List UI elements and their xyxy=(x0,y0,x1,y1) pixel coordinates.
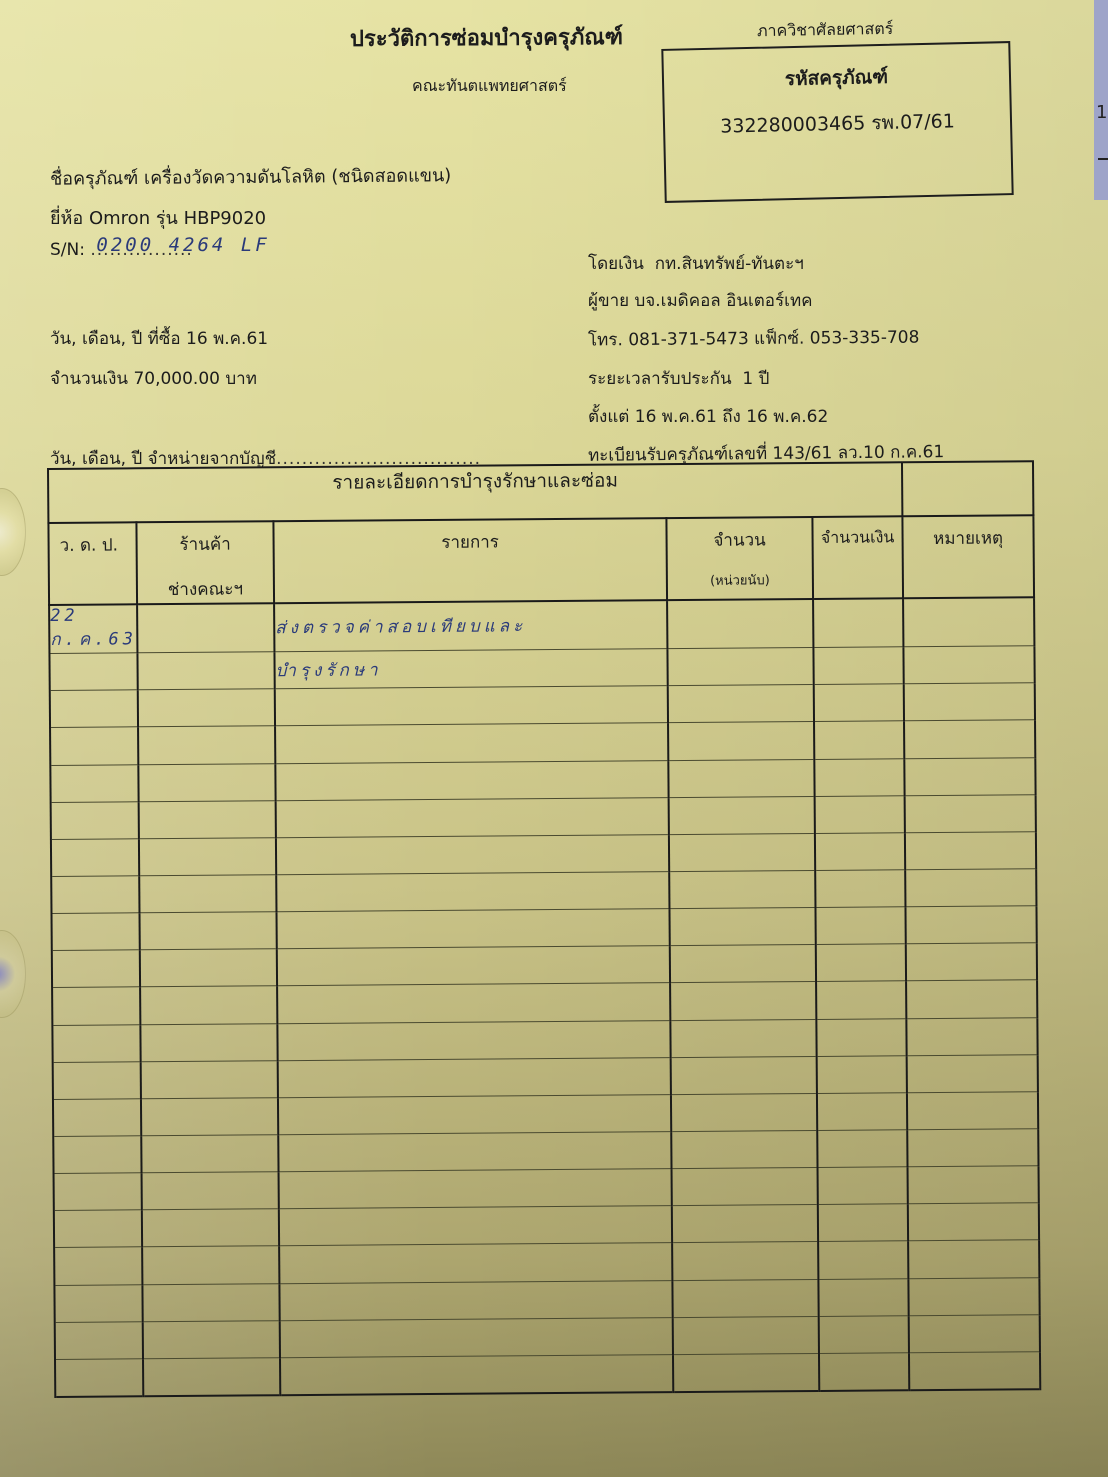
col-quantity-cell[interactable] xyxy=(671,1056,817,1094)
col-item-cell[interactable] xyxy=(279,1280,672,1320)
col-remarks-cell[interactable] xyxy=(904,683,1035,721)
col-amount-cell[interactable] xyxy=(813,598,903,647)
col-shop-cell[interactable] xyxy=(139,838,276,876)
col-remarks-cell[interactable] xyxy=(909,1314,1040,1352)
col-shop-cell[interactable] xyxy=(139,800,276,838)
col-remarks-cell[interactable] xyxy=(904,720,1035,758)
col-date-cell[interactable] xyxy=(53,1136,141,1174)
col-amount-cell[interactable] xyxy=(816,944,906,982)
col-remarks-header: หมายเหตุ xyxy=(902,515,1034,598)
col-quantity-cell[interactable] xyxy=(672,1242,818,1280)
table-row xyxy=(55,1352,1040,1397)
column-header-label: จำนวนเงิน xyxy=(813,525,901,551)
margin-dash xyxy=(1098,158,1108,160)
col-item-cell[interactable] xyxy=(279,1169,672,1209)
amount-line: จำนวนเงิน 70,000.00 บาท xyxy=(50,365,257,392)
equipment-name-line: ชื่อครุภัณฑ์ เครื่องวัดความดันโลหิต (ชนิ… xyxy=(50,160,452,193)
brand-value: Omron xyxy=(89,208,150,229)
col-quantity-cell[interactable] xyxy=(669,833,815,871)
col-item-cell[interactable]: บำรุงรักษา xyxy=(274,649,667,689)
col-amount-cell[interactable] xyxy=(813,647,903,685)
col-quantity-cell[interactable] xyxy=(673,1353,819,1392)
col-shop-cell[interactable] xyxy=(142,1209,279,1247)
col-remarks-cell[interactable] xyxy=(908,1277,1039,1315)
col-date-cell[interactable] xyxy=(50,764,138,802)
col-remarks-cell[interactable] xyxy=(909,1352,1040,1391)
phone-label: โทร. xyxy=(588,330,623,350)
col-remarks-cell[interactable] xyxy=(906,943,1037,981)
col-shop-cell[interactable] xyxy=(137,652,274,690)
col-remarks-cell[interactable] xyxy=(906,980,1037,1018)
col-shop-cell[interactable] xyxy=(141,1135,278,1173)
maintenance-table: รายละเอียดการบำรุงรักษาและซ่อม ว. ด. ป.ร… xyxy=(47,460,1041,1398)
col-remarks-cell[interactable] xyxy=(905,906,1036,944)
col-remarks-cell[interactable] xyxy=(904,757,1035,795)
col-item-cell[interactable] xyxy=(276,835,669,875)
warranty-from: 16 พ.ค.61 xyxy=(635,407,717,427)
col-quantity-cell[interactable] xyxy=(668,685,814,723)
col-quantity-cell[interactable] xyxy=(668,759,814,797)
col-remarks-cell[interactable] xyxy=(908,1203,1039,1241)
col-date-cell[interactable] xyxy=(51,876,139,914)
col-date-cell[interactable] xyxy=(55,1321,143,1359)
col-quantity-cell[interactable] xyxy=(669,870,815,908)
col-quantity-cell[interactable] xyxy=(673,1316,819,1354)
col-shop-cell[interactable] xyxy=(141,1060,278,1098)
col-remarks-cell[interactable] xyxy=(908,1166,1039,1204)
col-amount-cell[interactable] xyxy=(815,907,905,945)
col-remarks-cell[interactable] xyxy=(906,1017,1037,1055)
col-amount-cell[interactable] xyxy=(815,833,905,871)
faculty-name: คณะทันตแพทยศาสตร์ xyxy=(412,74,567,99)
col-item-cell[interactable] xyxy=(275,723,668,763)
purchase-date-line: วัน, เดือน, ปี ที่ซื้อ 16 พ.ค.61 xyxy=(50,325,268,352)
col-date-header: ว. ด. ป. xyxy=(48,522,137,605)
document-title: ประวัติการซ่อมบำรุงครุภัณฑ์ xyxy=(350,19,623,56)
amount-label: จำนวนเงิน xyxy=(50,369,128,389)
equipment-code-label: รหัสครุภัณฑ์ xyxy=(664,59,1010,97)
funding-source: กท.สินทรัพย์-ทันตะฯ xyxy=(655,254,804,274)
fax-value: 053-335-708 xyxy=(810,328,920,349)
column-header-sublabel: ช่างคณะฯ xyxy=(138,575,273,603)
serial-handwritten: 0200 4264 LF xyxy=(96,234,269,256)
warranty-value: 1 ปี xyxy=(742,369,769,389)
col-quantity-cell[interactable] xyxy=(672,1168,818,1206)
table-row: 22 ก.ค.63ส่งตรวจค่าสอบเทียบและ xyxy=(49,597,1034,653)
col-date-cell[interactable] xyxy=(54,1210,142,1248)
col-shop-cell[interactable] xyxy=(143,1358,280,1397)
col-shop-cell[interactable] xyxy=(141,1098,278,1136)
col-date-cell[interactable] xyxy=(52,950,140,988)
col-remarks-cell[interactable] xyxy=(907,1054,1038,1092)
brand-model-line: ยี่ห้อ Omron รุ่น HBP9020 xyxy=(50,203,266,232)
col-amount-cell[interactable] xyxy=(814,758,904,796)
column-header-label: ว. ด. ป. xyxy=(60,531,136,559)
col-item-cell[interactable] xyxy=(278,1094,671,1134)
column-header-label: รายการ xyxy=(274,527,665,557)
col-quantity-cell[interactable] xyxy=(672,1205,818,1243)
col-shop-cell[interactable] xyxy=(138,763,275,801)
col-remarks-cell[interactable] xyxy=(907,1129,1038,1167)
col-date-cell[interactable] xyxy=(51,839,139,877)
col-amount-cell[interactable] xyxy=(818,1204,908,1242)
col-shop-cell[interactable] xyxy=(138,726,275,764)
col-amount-cell[interactable] xyxy=(816,1018,906,1056)
col-amount-cell[interactable] xyxy=(817,1130,907,1168)
equipment-code-value: 332280003465 รพ.07/61 xyxy=(665,105,1011,143)
warranty-period-line: ตั้งแต่ 16 พ.ค.61 ถึง 16 พ.ค.62 xyxy=(588,403,828,430)
col-quantity-cell[interactable] xyxy=(672,1279,818,1317)
col-date-cell[interactable] xyxy=(54,1173,142,1211)
col-date-cell[interactable] xyxy=(54,1284,142,1322)
col-date-cell[interactable] xyxy=(51,802,139,840)
model-value: HBP9020 xyxy=(184,208,267,229)
col-date-cell[interactable] xyxy=(53,1062,141,1100)
col-remarks-cell[interactable] xyxy=(905,869,1036,907)
col-item-cell[interactable] xyxy=(280,1317,673,1357)
col-date-cell[interactable] xyxy=(50,690,138,728)
adjacent-page-edge: 1 xyxy=(1094,0,1108,200)
col-item-header: รายการ xyxy=(273,518,667,603)
col-quantity-cell[interactable] xyxy=(670,945,816,983)
col-item-cell[interactable]: ส่งตรวจค่าสอบเทียบและ xyxy=(274,600,667,652)
col-remarks-cell[interactable] xyxy=(903,646,1034,684)
col-quantity-cell[interactable] xyxy=(671,1093,817,1131)
binder-hole xyxy=(0,930,26,1018)
col-date-cell[interactable] xyxy=(53,1099,141,1137)
phone-value: 081-371-5473 xyxy=(628,329,749,350)
warranty-line: ระยะเวลารับประกัน 1 ปี xyxy=(588,365,769,392)
col-date-cell[interactable] xyxy=(52,1024,140,1062)
col-quantity-cell[interactable] xyxy=(667,648,813,686)
equipment-name: เครื่องวัดความดันโลหิต (ชนิดสอดแขน) xyxy=(144,165,451,189)
col-amount-cell[interactable] xyxy=(815,796,905,834)
col-amount-cell[interactable] xyxy=(818,1167,908,1205)
col-shop-cell[interactable] xyxy=(142,1246,279,1284)
col-item-cell[interactable] xyxy=(278,1057,671,1097)
col-item-cell[interactable] xyxy=(276,909,669,949)
seller-line: ผู้ขาย บจ.เมดิคอล อินเตอร์เทค xyxy=(588,287,813,314)
col-remarks-cell[interactable] xyxy=(905,832,1036,870)
table-title: รายละเอียดการบำรุงรักษาและซ่อม xyxy=(48,462,902,523)
seller-label: ผู้ขาย xyxy=(588,291,629,311)
col-date-cell[interactable] xyxy=(52,987,140,1025)
col-date-cell[interactable] xyxy=(54,1247,142,1285)
col-amount-cell[interactable] xyxy=(815,870,905,908)
equipment-name-label: ชื่อครุภัณฑ์ xyxy=(50,168,138,190)
col-shop-cell[interactable] xyxy=(138,689,275,727)
warranty-to-label: ถึง xyxy=(722,407,741,427)
funding-line: โดยเงิน กท.สินทรัพย์-ทันตะฯ xyxy=(588,250,804,277)
col-quantity-cell[interactable] xyxy=(670,982,816,1020)
col-remarks-cell[interactable] xyxy=(907,1092,1038,1130)
department-name: ภาควิชาศัลยศาสตร์ xyxy=(757,17,894,44)
col-amount-header: จำนวนเงิน xyxy=(812,516,903,599)
warranty-to: 16 พ.ค.62 xyxy=(746,407,828,427)
col-item-cell[interactable] xyxy=(275,686,668,726)
equipment-code-box: รหัสครุภัณฑ์ 332280003465 รพ.07/61 xyxy=(661,41,1013,203)
col-item-cell[interactable] xyxy=(279,1243,672,1283)
serial-label: S/N: xyxy=(50,240,85,260)
col-date-cell[interactable] xyxy=(50,727,138,765)
col-remarks-cell[interactable] xyxy=(903,597,1034,647)
warranty-from-label: ตั้งแต่ xyxy=(588,407,629,427)
col-date-cell[interactable] xyxy=(49,653,137,691)
col-amount-cell[interactable] xyxy=(819,1315,909,1353)
model-label: รุ่น xyxy=(156,208,178,229)
col-item-cell[interactable] xyxy=(275,760,668,800)
funding-label: โดยเงิน xyxy=(588,254,644,274)
currency: บาท xyxy=(225,369,257,389)
col-remarks-cell[interactable] xyxy=(905,794,1036,832)
brand-label: ยี่ห้อ xyxy=(50,208,83,229)
col-quantity-cell[interactable] xyxy=(669,796,815,834)
col-amount-cell[interactable] xyxy=(814,684,904,722)
col-amount-cell[interactable] xyxy=(819,1353,909,1391)
column-header-label: หมายเหตุ xyxy=(903,524,1032,552)
col-shop-cell[interactable] xyxy=(140,949,277,987)
margin-note: 1 xyxy=(1096,102,1107,123)
table-title-blank xyxy=(902,461,1033,516)
purchase-date-label: วัน, เดือน, ปี ที่ซื้อ xyxy=(50,329,181,349)
col-quantity-cell[interactable] xyxy=(667,599,813,649)
col-item-cell[interactable] xyxy=(277,1020,670,1060)
col-quantity-cell[interactable] xyxy=(671,1130,817,1168)
col-quantity-cell[interactable] xyxy=(670,1019,816,1057)
col-item-cell[interactable] xyxy=(276,872,669,912)
col-amount-cell[interactable] xyxy=(818,1241,908,1279)
col-amount-cell[interactable] xyxy=(814,721,904,759)
col-amount-cell[interactable] xyxy=(818,1278,908,1316)
column-header-sublabel: (หน่วยนับ) xyxy=(668,569,812,591)
col-shop-cell[interactable] xyxy=(137,603,274,653)
col-quantity-header: จำนวน(หน่วยนับ) xyxy=(666,517,813,600)
col-quantity-cell[interactable] xyxy=(669,908,815,946)
column-header-label: จำนวน xyxy=(667,526,811,554)
col-shop-header: ร้านค้าช่างคณะฯ xyxy=(136,521,274,604)
warranty-label: ระยะเวลารับประกัน xyxy=(588,369,732,389)
col-shop-cell[interactable] xyxy=(139,875,276,913)
col-item-cell[interactable] xyxy=(278,1132,671,1172)
col-date-cell[interactable]: 22 ก.ค.63 xyxy=(49,604,137,653)
col-item-cell[interactable] xyxy=(276,797,669,837)
col-item-cell[interactable] xyxy=(277,983,670,1023)
fax-label: แฟ็กซ์. xyxy=(754,329,804,349)
col-item-cell[interactable] xyxy=(277,946,670,986)
col-shop-cell[interactable] xyxy=(143,1320,280,1358)
col-shop-cell[interactable] xyxy=(139,912,276,950)
amount-value: 70,000.00 xyxy=(133,369,220,389)
purchase-date: 16 พ.ค.61 xyxy=(186,329,268,349)
col-shop-cell[interactable] xyxy=(142,1283,279,1321)
col-amount-cell[interactable] xyxy=(817,1055,907,1093)
col-amount-cell[interactable] xyxy=(816,981,906,1019)
col-shop-cell[interactable] xyxy=(140,1023,277,1061)
col-remarks-cell[interactable] xyxy=(908,1240,1039,1278)
col-item-cell[interactable] xyxy=(279,1206,672,1246)
col-amount-cell[interactable] xyxy=(817,1093,907,1131)
column-header-label: ร้านค้า xyxy=(137,530,272,558)
serial-line: S/N: ................ 0200 4264 LF xyxy=(50,240,193,260)
col-quantity-cell[interactable] xyxy=(668,722,814,760)
binder-hole xyxy=(0,488,26,576)
contact-line: โทร. 081-371-5473 แฟ็กซ์. 053-335-708 xyxy=(588,324,920,354)
col-shop-cell[interactable] xyxy=(140,986,277,1024)
col-date-cell[interactable] xyxy=(55,1359,143,1397)
maintenance-table-wrap: รายละเอียดการบำรุงรักษาและซ่อม ว. ด. ป.ร… xyxy=(47,460,1039,1398)
col-shop-cell[interactable] xyxy=(142,1172,279,1210)
seller-name: บจ.เมดิคอล อินเตอร์เทค xyxy=(635,291,813,311)
col-date-cell[interactable] xyxy=(52,913,140,951)
col-item-cell[interactable] xyxy=(280,1354,673,1395)
